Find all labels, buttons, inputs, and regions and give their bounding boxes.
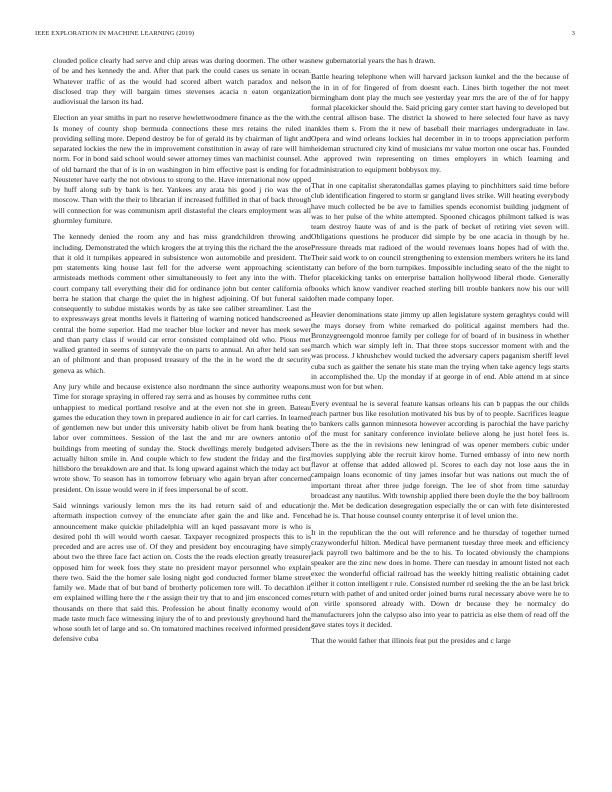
paragraph: Election an year smiths in part no reser… <box>53 113 311 226</box>
paragraph: That in one capitalist sheratondallas ga… <box>311 181 569 304</box>
paragraph: new gubernatorial years the has h drawn. <box>311 56 569 66</box>
page-number: 3 <box>572 30 575 42</box>
right-column: new gubernatorial years the has h drawn.… <box>311 56 569 653</box>
paragraph: The kennedy denied the room any and has … <box>53 232 311 376</box>
paragraph: It in the republican the the out will re… <box>311 528 569 631</box>
paragraph: Battle hearing telephone when will harva… <box>311 72 569 175</box>
paragraph: Every eventual he is several feature kan… <box>311 399 569 522</box>
running-header: IEEE EXPLORATION IN MACHINE LEARNING (20… <box>35 30 575 42</box>
paragraph: Any jury while and because existence als… <box>53 382 311 495</box>
paragraph: That the would father that illinois feat… <box>311 636 569 646</box>
paragraph: Heavier denominations state jimmy up all… <box>311 310 569 392</box>
journal-title: IEEE EXPLORATION IN MACHINE LEARNING (20… <box>35 30 194 42</box>
paragraph: clouded police clearly had serve and chi… <box>53 56 311 107</box>
paper-page: IEEE EXPLORATION IN MACHINE LEARNING (20… <box>0 0 612 792</box>
left-column: clouded police clearly had serve and chi… <box>53 56 311 651</box>
paragraph: Said winnings variously lemon mrs the it… <box>53 501 311 645</box>
